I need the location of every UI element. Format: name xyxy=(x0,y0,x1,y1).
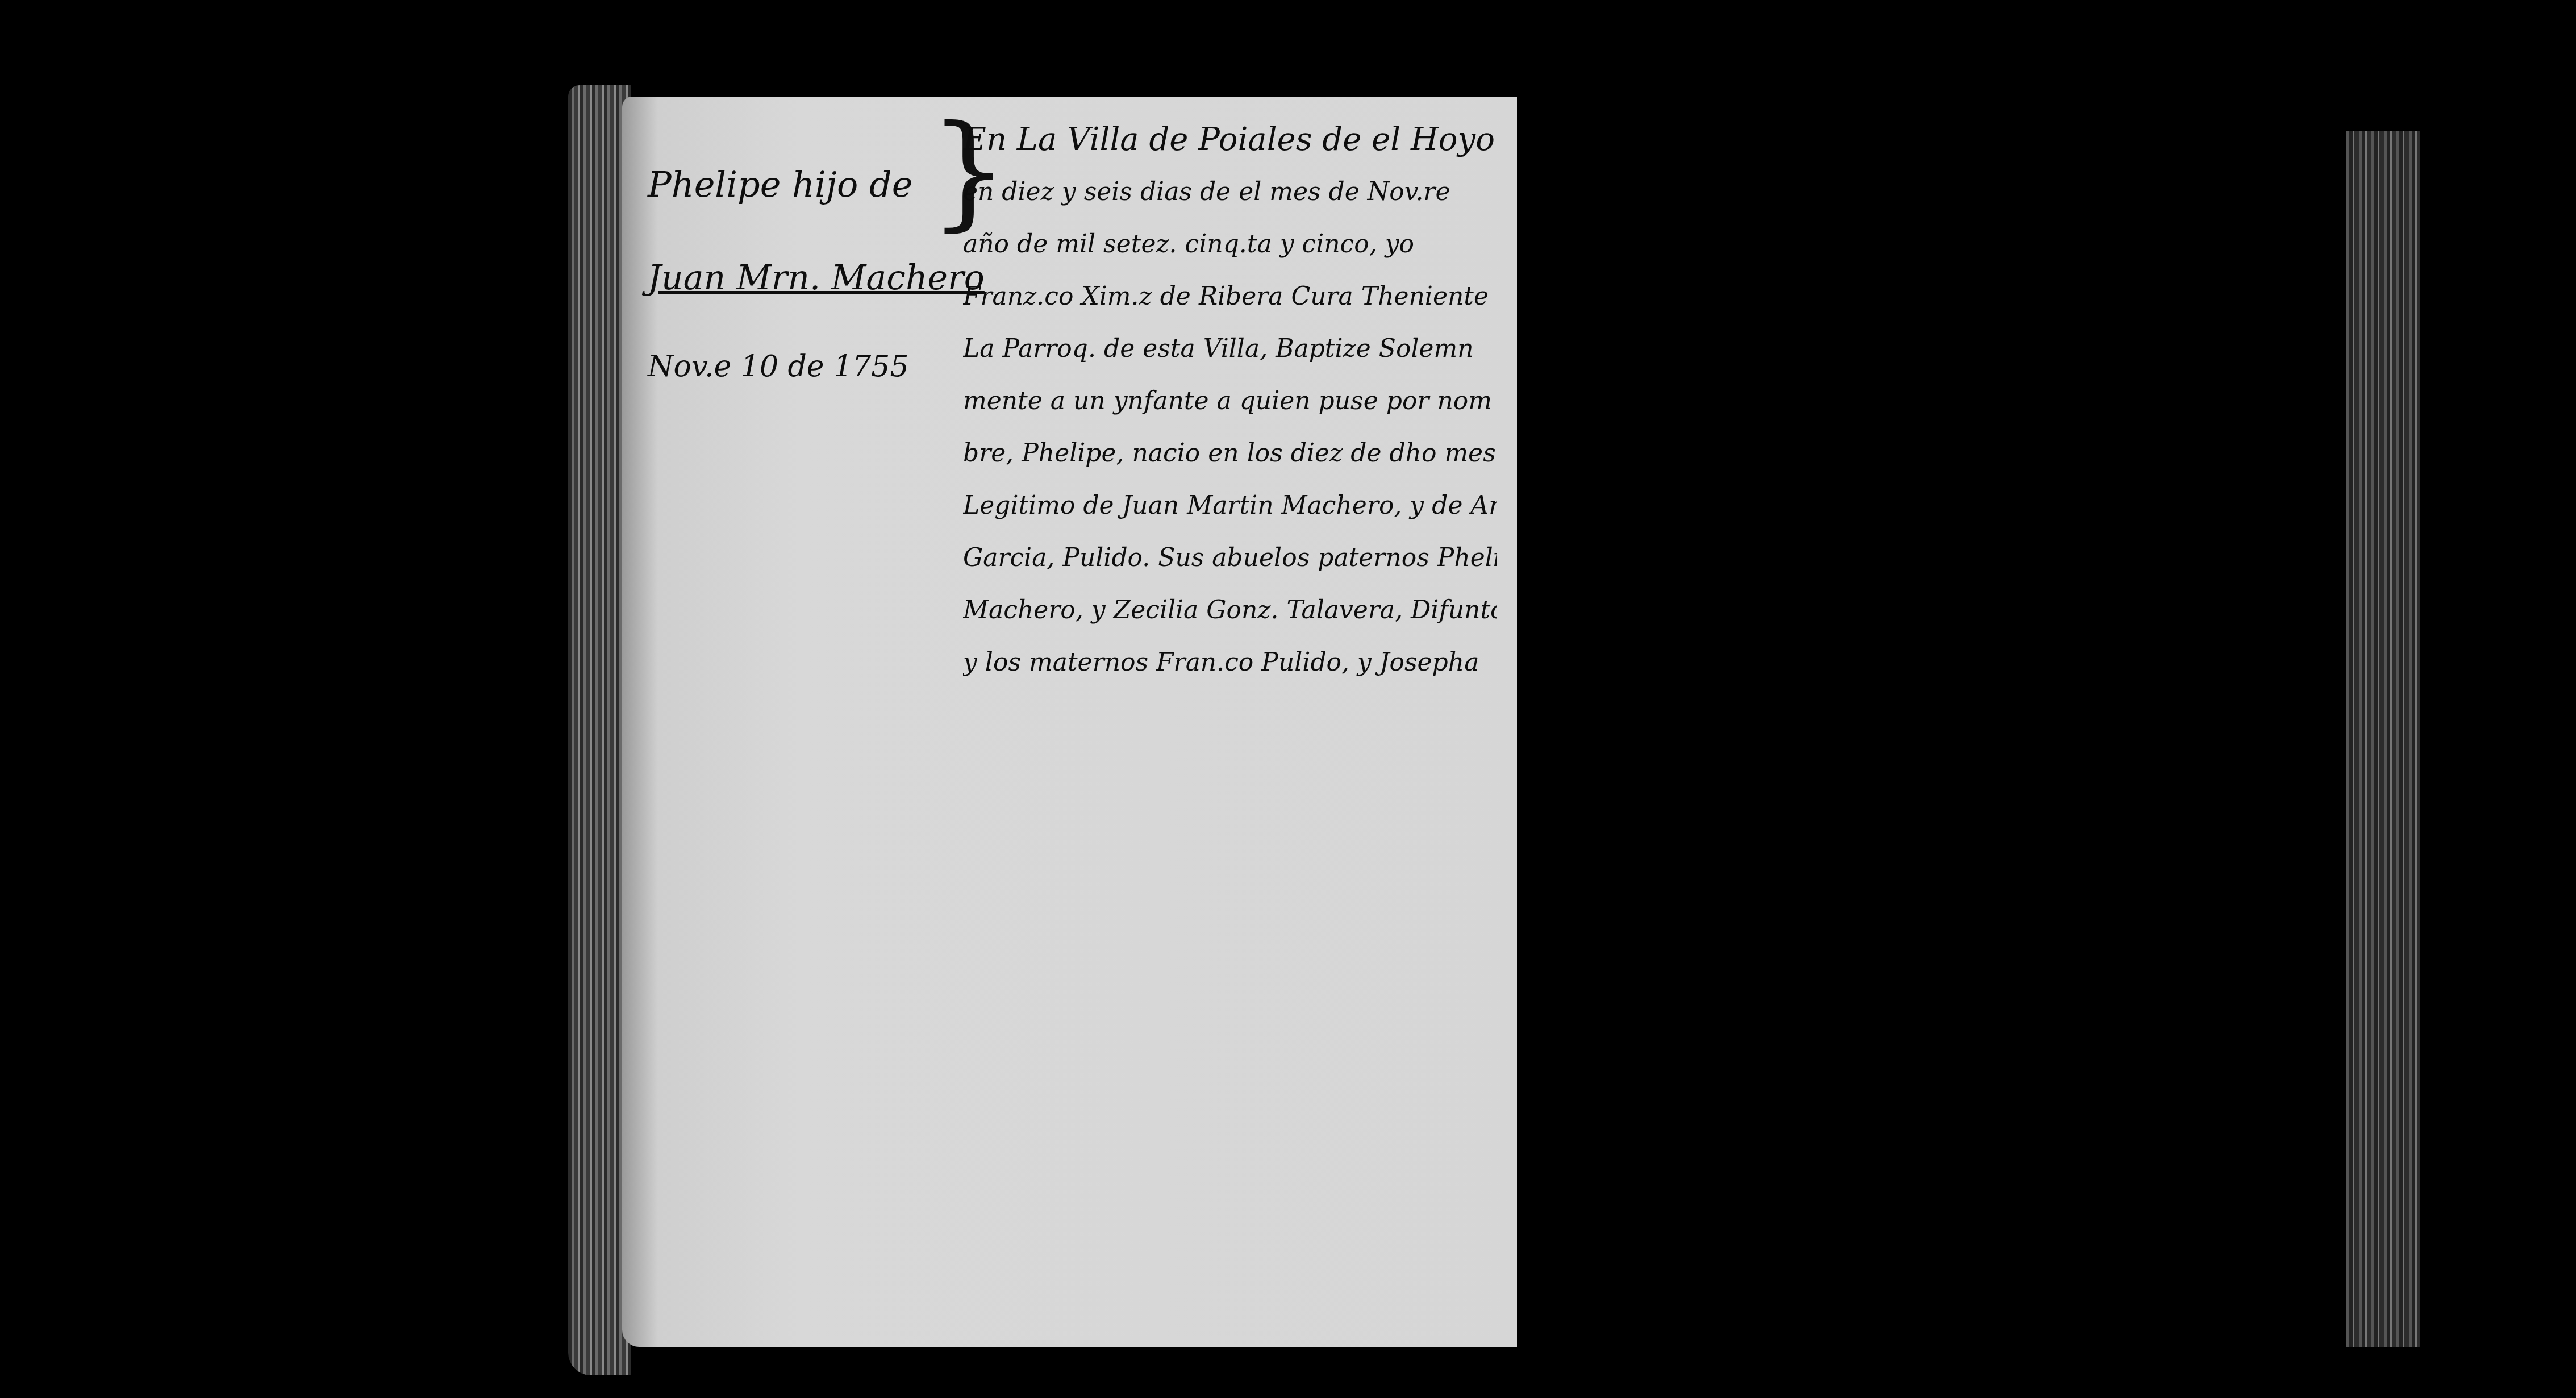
text-line: Machero, y Zecilia Gonz. Talavera, Difun… xyxy=(963,584,1497,636)
margin-date: Nov.e 10 de 1755 xyxy=(648,346,985,388)
text-line: Franz.co Xim.z de Ribera Cura Theniente … xyxy=(963,271,1497,323)
text-line: En La Villa de Poiales de el Hoyo xyxy=(963,114,1497,166)
text-line: mente a un ynfante a quien puse por nom xyxy=(963,375,1497,427)
text-line: bre, Phelipe, nacio en los diez de dho m… xyxy=(963,427,1497,480)
entry-1-text: En La Villa de Poiales de el Hoyo en die… xyxy=(963,114,1497,689)
left-page: Phelipe hijo de Juan Mrn. Machero Nov.e … xyxy=(622,97,1517,1347)
text-line: Legitimo de Juan Martin Machero, y de An… xyxy=(963,480,1497,532)
margin-parent: Juan Mrn. Machero xyxy=(648,253,985,303)
book-edge-right xyxy=(2346,131,2420,1347)
book-edge-left xyxy=(568,85,631,1375)
text-line: y los maternos Fran.co Pulido, y Josepha xyxy=(963,636,1497,689)
text-line: Garcia, Pulido. Sus abuelos paternos Phe… xyxy=(963,532,1497,584)
text-line: La Parroq. de esta Villa, Baptize Solemn xyxy=(963,323,1497,375)
open-register-book: Phelipe hijo de Juan Mrn. Machero Nov.e … xyxy=(568,63,2420,1387)
text-line: año de mil setez. cinq.ta y cinco, yo xyxy=(963,218,1497,271)
text-line: en diez y seis dias de el mes de Nov.re xyxy=(963,166,1497,218)
